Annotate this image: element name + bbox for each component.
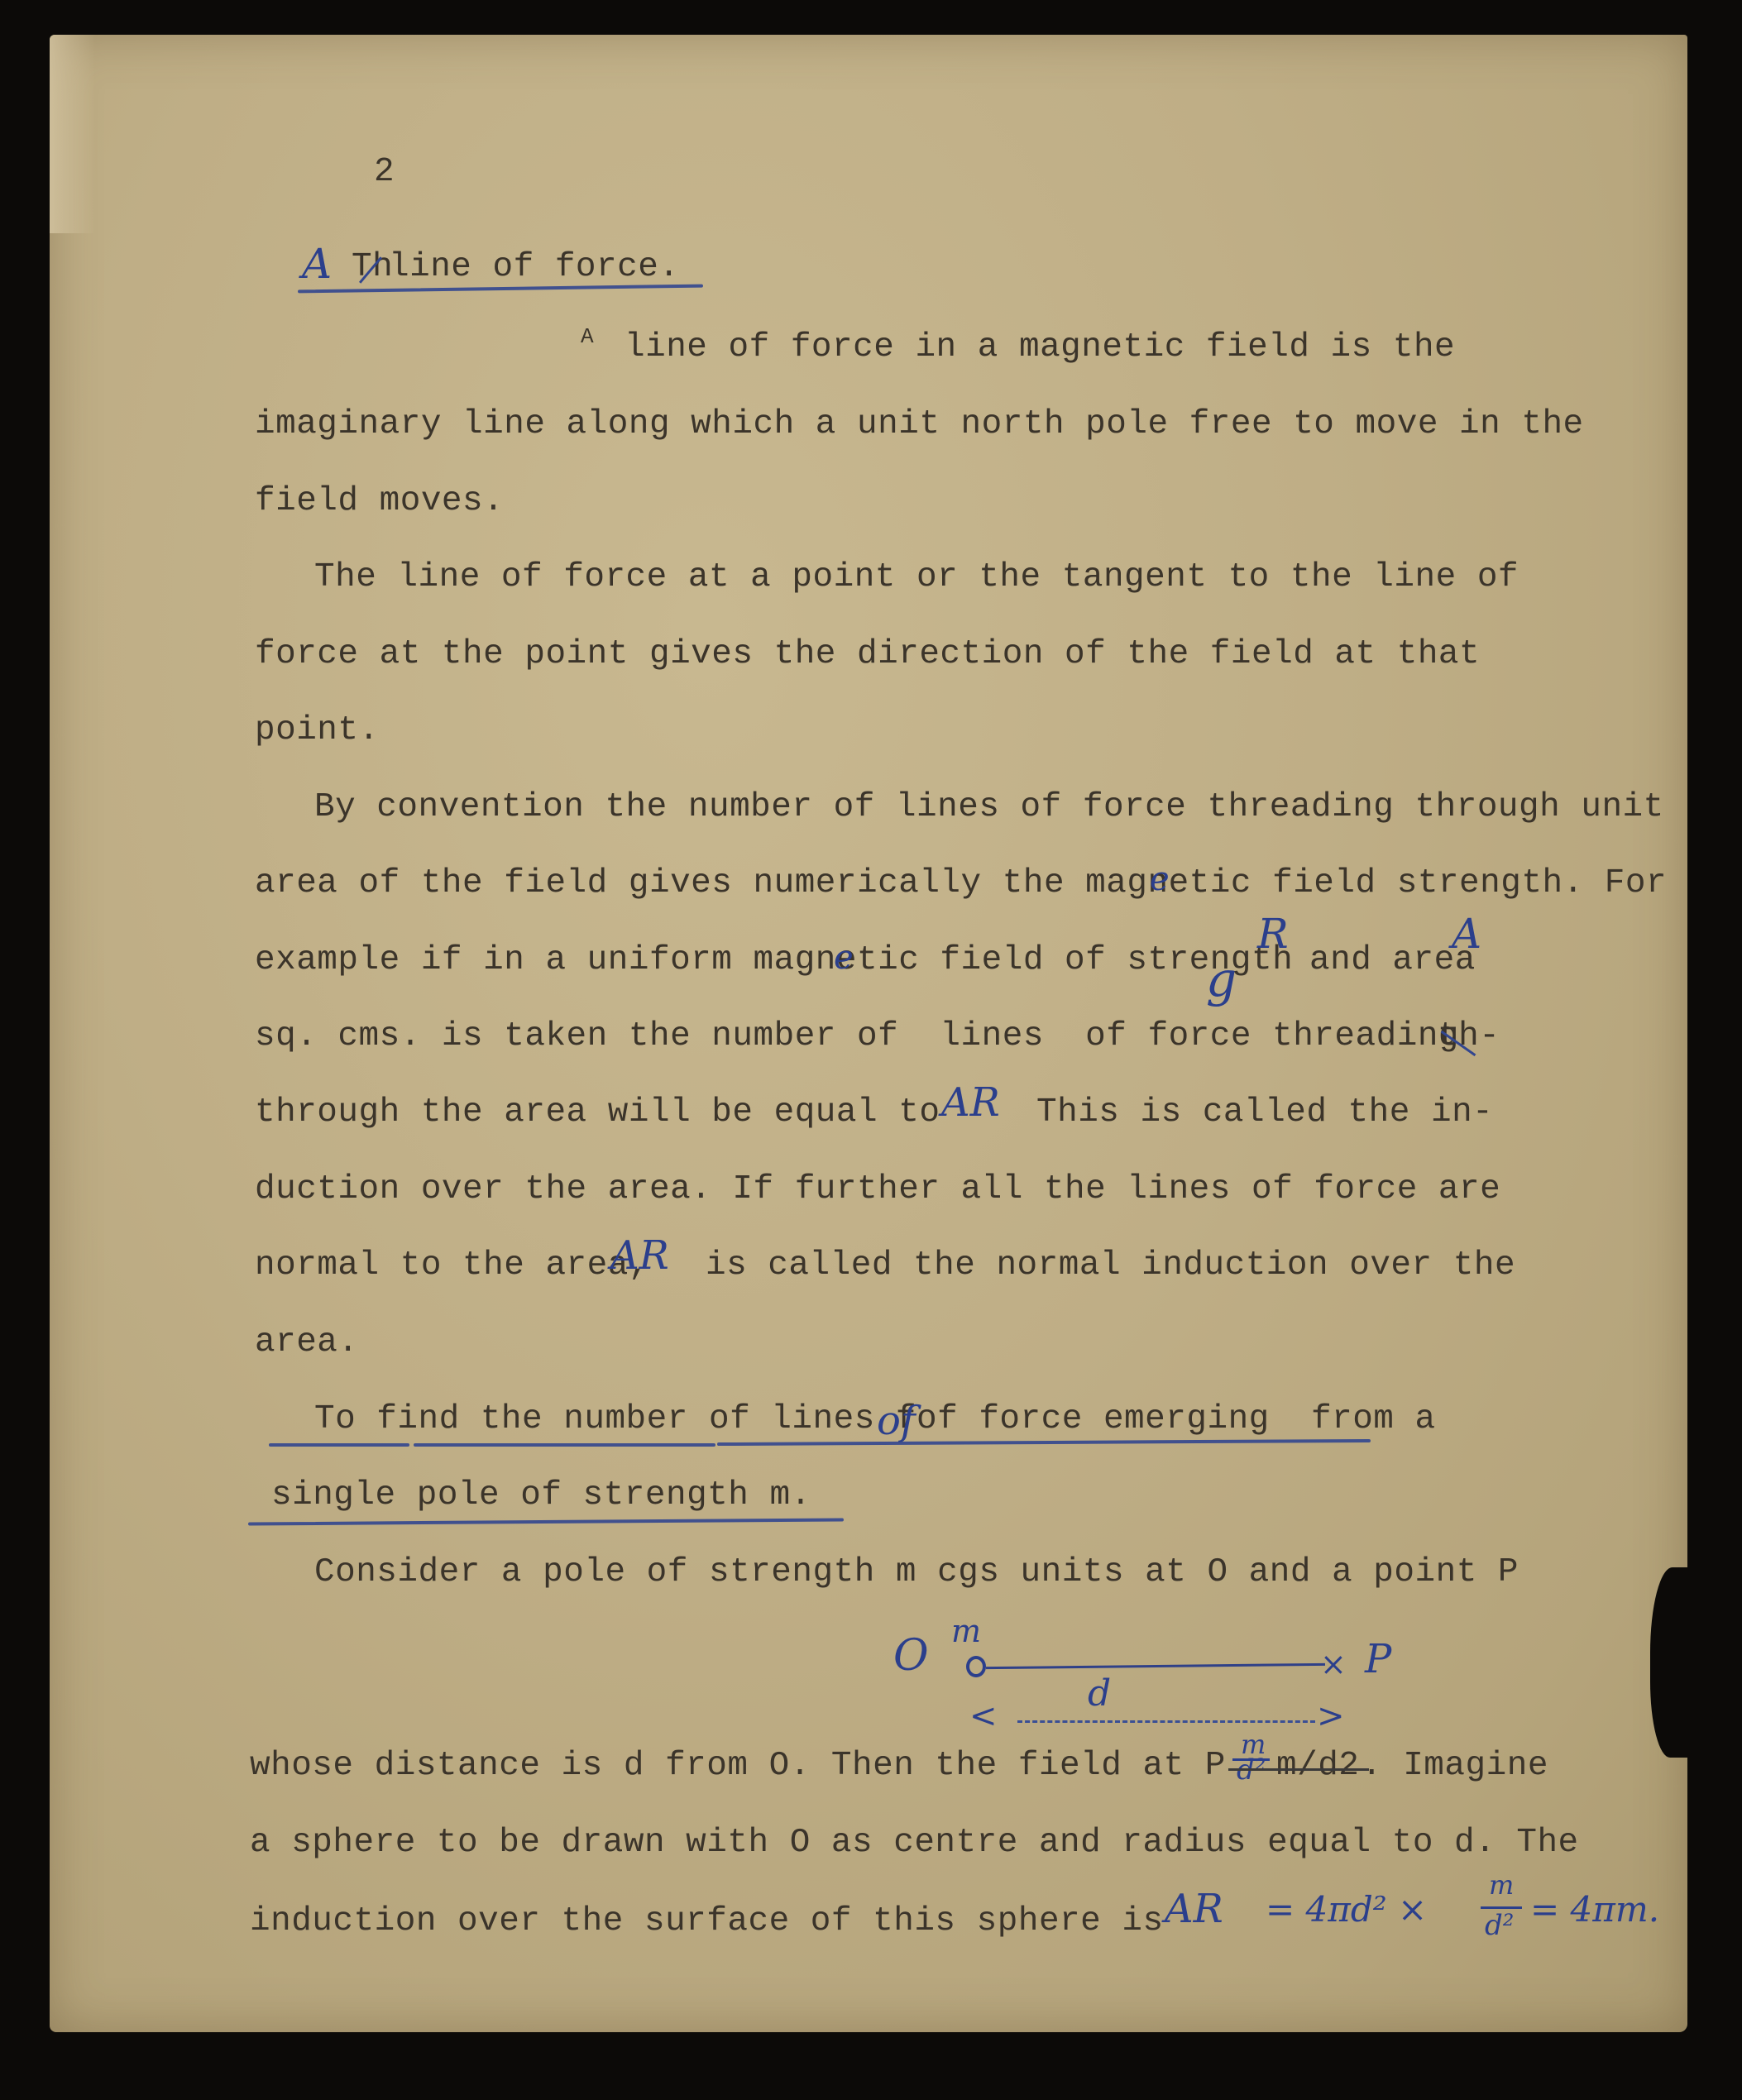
p4-line1: Consider a pole of strength m cgs units …	[314, 1553, 1519, 1591]
subheading-underline-1a	[269, 1443, 409, 1447]
p3-line5a: through the area will be equal to	[255, 1093, 940, 1131]
p3-line3b: and area	[1309, 941, 1476, 979]
point-marker-icon: ×	[1320, 1646, 1347, 1682]
arrow-right-icon: >	[1317, 1697, 1345, 1735]
p3-line7a: normal to the area,	[255, 1246, 649, 1284]
torn-edge	[1650, 1567, 1700, 1758]
equation-frac-den: d²	[1485, 1909, 1514, 1942]
diagram-pole-label: m	[951, 1613, 981, 1649]
p2-line1: The line of force at a point or the tang…	[314, 558, 1519, 596]
strength-correction-g: g	[1206, 951, 1237, 1007]
diagram-distance-label: d	[1088, 1672, 1111, 1715]
induction-symbol-ar2: AR	[610, 1232, 669, 1279]
diagram-dimension-dashes	[1017, 1720, 1315, 1723]
subheading-underline-1b	[414, 1443, 715, 1447]
heading-correction-a: A	[302, 240, 332, 288]
p4-line2a: whose distance is d from O. Then the fie…	[250, 1747, 1226, 1785]
of-correction: of	[877, 1398, 916, 1444]
p1-line2: imaginary line along which a unit north …	[255, 405, 1584, 443]
p4-line2b: . Imagine	[1362, 1747, 1548, 1785]
equation-mid: = 4πd² ×	[1266, 1889, 1427, 1930]
p3-line1: By convention the number of lines of for…	[314, 788, 1664, 826]
diagram-origin-label: O	[893, 1631, 929, 1681]
p3-line2: area of the field gives numerically the …	[255, 864, 1667, 902]
p1-line1: line of force in a magnetic field is the	[625, 328, 1455, 366]
diagram-point-label: P	[1365, 1636, 1391, 1682]
caret-a: A	[581, 324, 594, 349]
p3-line3a: example if in a uniform magnetic field o…	[255, 941, 1293, 979]
subheading-line1: To find the number of lines fof force em…	[314, 1400, 1436, 1438]
pole-marker-icon	[966, 1656, 986, 1677]
p4-line3: a sphere to be drawn with O as centre an…	[250, 1824, 1579, 1862]
page-heading: line of force.	[389, 248, 679, 286]
p3-line5b: This is called the in-	[1036, 1093, 1493, 1131]
subheading-line2: single pole of strength m.	[271, 1476, 811, 1514]
p3-line4: sq. cms. is taken the number of lines of…	[255, 1017, 1459, 1055]
m-d2-strike	[1228, 1768, 1369, 1771]
p2-line3: point.	[255, 711, 380, 749]
p3-line7b: is called the normal induction over the	[706, 1246, 1515, 1284]
magnetic-correction-e: e	[1150, 860, 1170, 898]
area-symbol-a: A	[1452, 910, 1481, 958]
p3-line6: duction over the area. If further all th…	[255, 1170, 1500, 1208]
equation-rhs: = 4πm.	[1530, 1889, 1659, 1930]
p1-line3: field moves.	[255, 482, 504, 520]
arrow-left-icon: <	[969, 1697, 998, 1735]
p2-line2: force at the point gives the direction o…	[255, 635, 1480, 673]
page-number: 2	[374, 153, 395, 191]
induction-symbol-ar: AR	[941, 1079, 1000, 1126]
equation-frac-num: m	[1489, 1869, 1514, 1901]
equation-lhs: AR	[1165, 1886, 1223, 1932]
p3-line8: area.	[255, 1323, 359, 1361]
field-symbol-r: R	[1257, 910, 1289, 958]
p4-line2-struck: m/d2	[1276, 1747, 1359, 1785]
magnetic-correction-e2: e	[834, 939, 854, 977]
p4-line4: induction over the surface of this spher…	[250, 1902, 1164, 1940]
